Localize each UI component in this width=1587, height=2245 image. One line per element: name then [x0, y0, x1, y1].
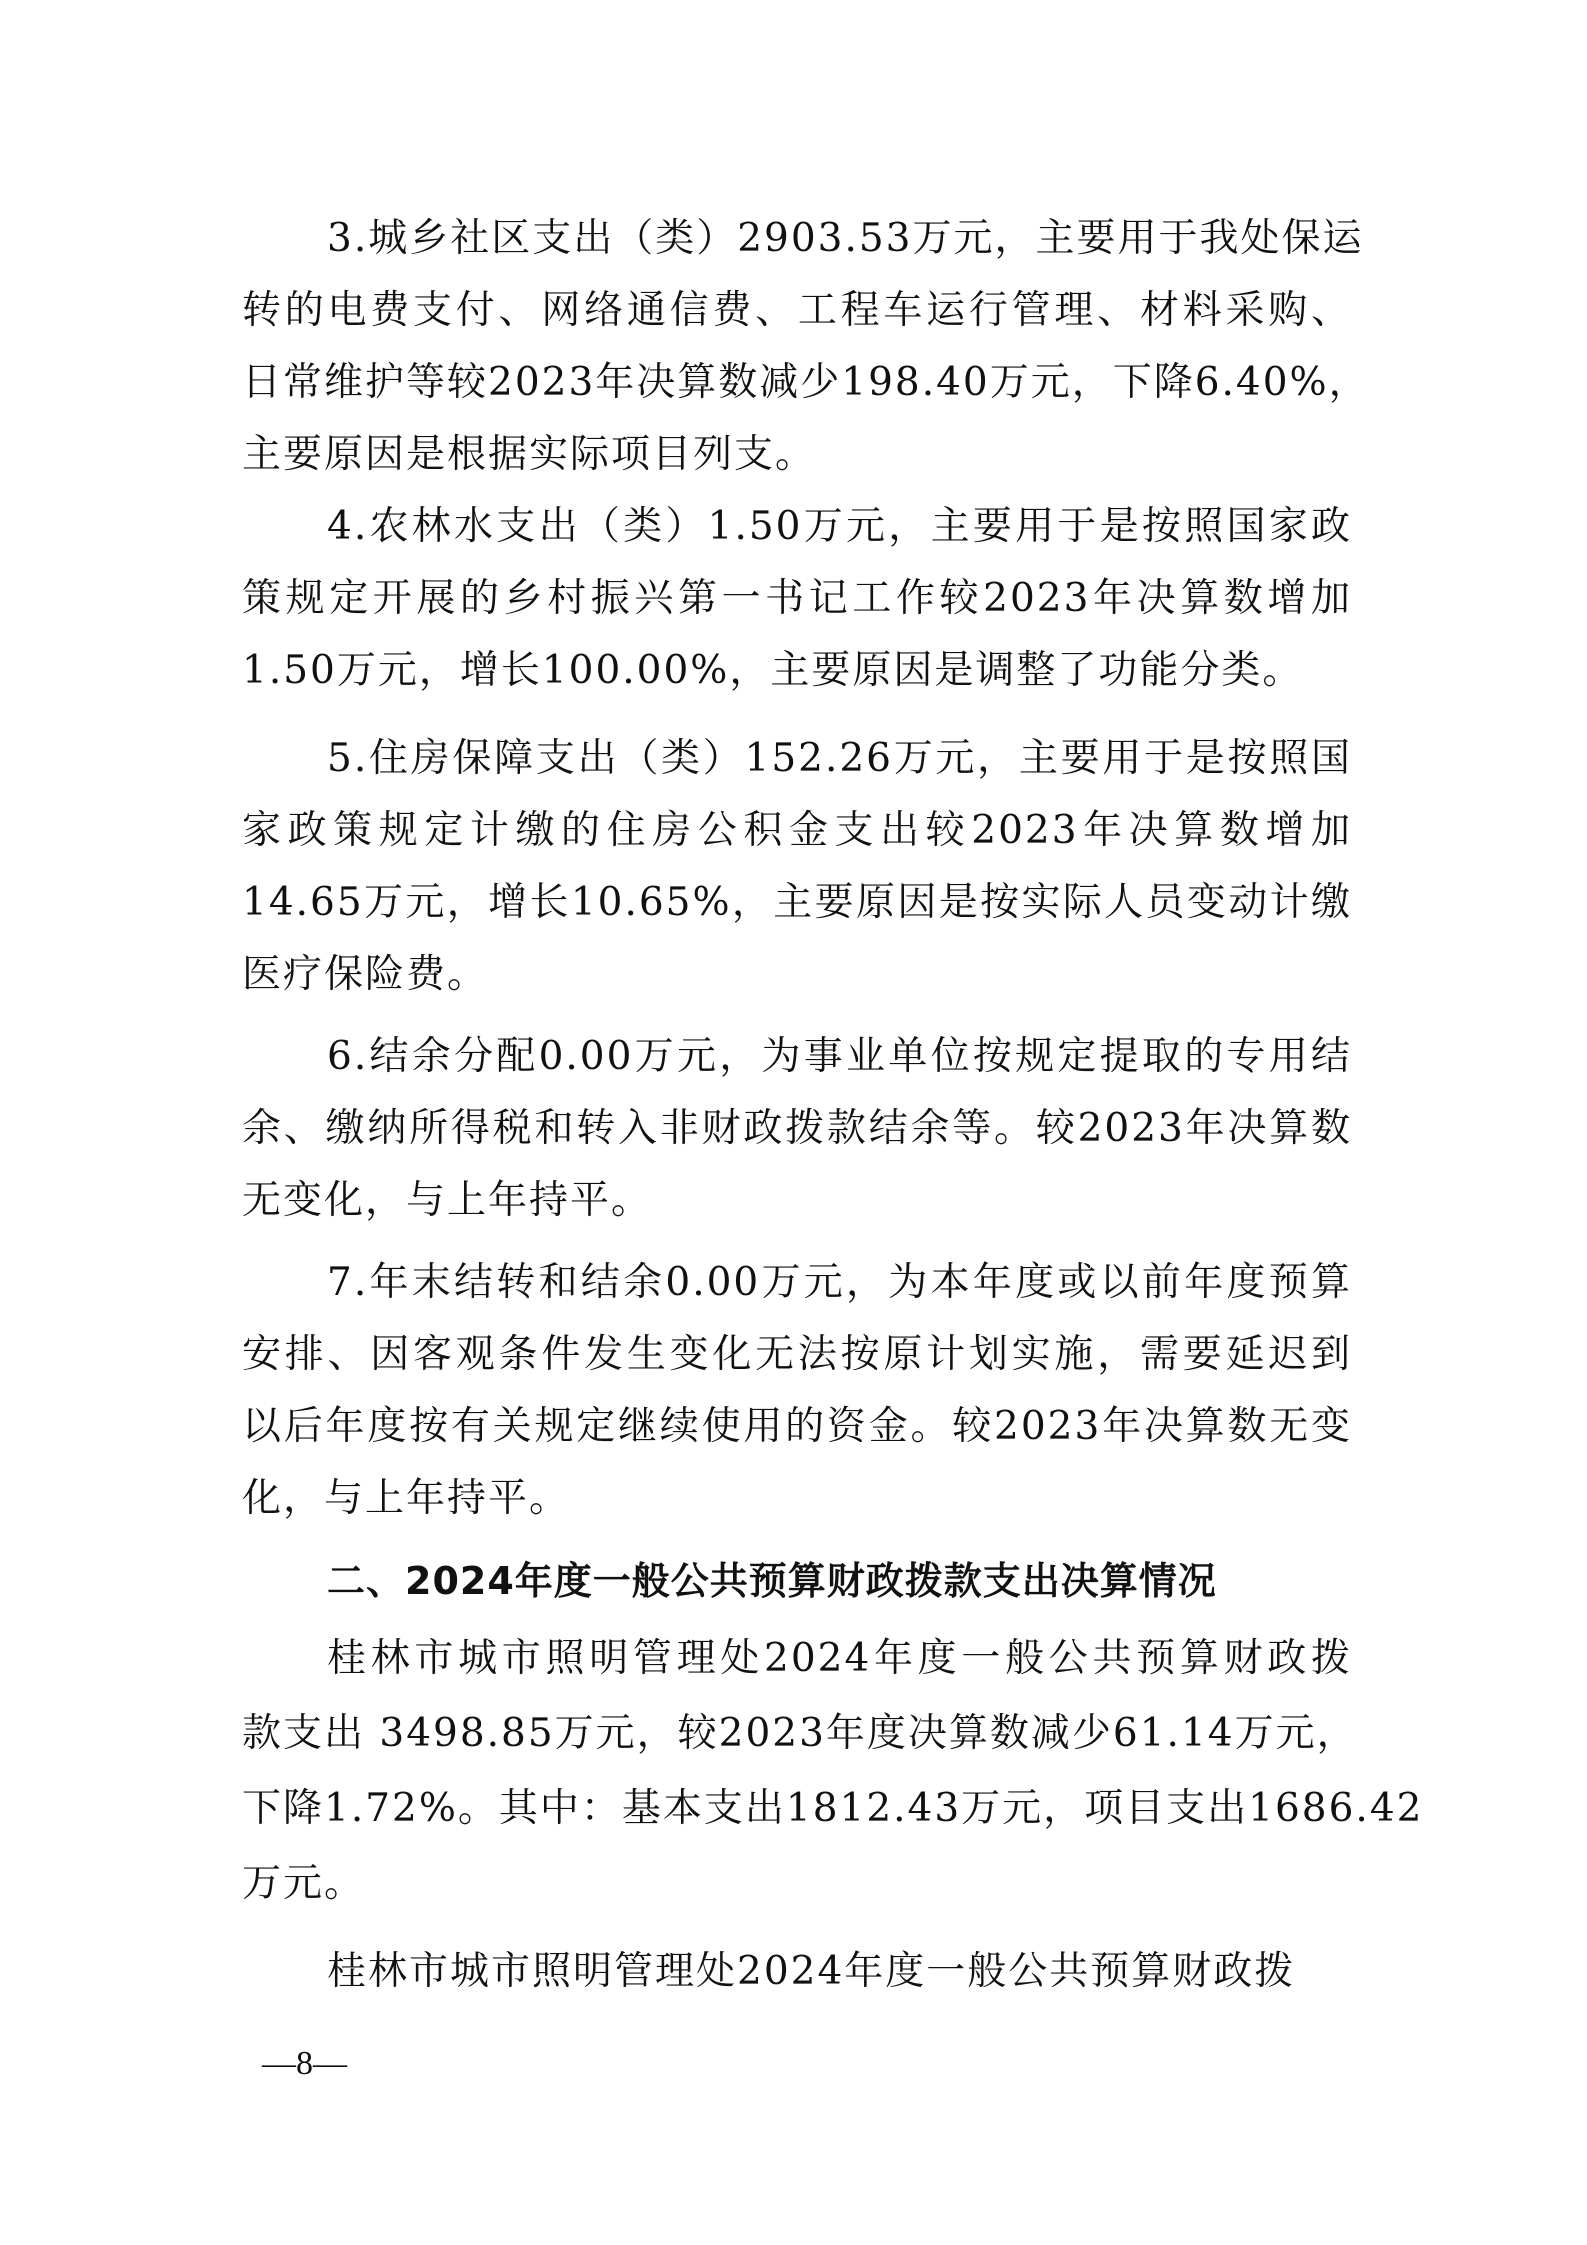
paragraph-line: 下降1.72%。其中：基本支出1812.43万元，项目支出1686.42 [242, 1785, 1352, 1833]
paragraph-line: 化，与上年持平。 [242, 1475, 1352, 1523]
paragraph-line: 安排、因客观条件发生变化无法按原计划实施，需要延迟到 [242, 1331, 1352, 1379]
paragraph-line: 桂林市城市照明管理处2024年度一般公共预算财政拨 [327, 1948, 1352, 1996]
paragraph-line: 医疗保险费。 [242, 951, 1352, 999]
paragraph-line: 桂林市城市照明管理处2024年度一般公共预算财政拨 [327, 1635, 1352, 1683]
paragraph-line: 无变化，与上年持平。 [242, 1177, 1352, 1225]
paragraph-line: 以后年度按有关规定继续使用的资金。较2023年决算数无变 [242, 1403, 1352, 1451]
document-page: 3.城乡社区支出（类）2903.53万元，主要用于我处保运 转的电费支付、网络通… [0, 0, 1587, 2245]
section-heading: 二、2024年度一般公共预算财政拨款支出决算情况 [327, 1557, 1217, 1605]
paragraph-line: 7.年末结转和结余0.00万元，为本年度或以前年度预算 [327, 1259, 1352, 1307]
paragraph-line: 3.城乡社区支出（类）2903.53万元，主要用于我处保运 [327, 215, 1352, 263]
paragraph-line: 余、缴纳所得税和转入非财政拨款结余等。较2023年决算数 [242, 1105, 1352, 1153]
paragraph-line: 万元。 [242, 1860, 1352, 1908]
paragraph-line: 5.住房保障支出（类）152.26万元，主要用于是按照国 [327, 735, 1352, 783]
paragraph-line: 家政策规定计缴的住房公积金支出较2023年决算数增加 [242, 807, 1352, 855]
paragraph-line: 策规定开展的乡村振兴第一书记工作较2023年决算数增加 [242, 575, 1352, 623]
paragraph-line: 日常维护等较2023年决算数减少198.40万元，下降6.40%， [242, 359, 1352, 407]
paragraph-line: 4.农林水支出（类）1.50万元，主要用于是按照国家政 [327, 503, 1352, 551]
page-number: —8— [262, 2044, 347, 2084]
paragraph-line: 6.结余分配0.00万元，为事业单位按规定提取的专用结 [327, 1033, 1352, 1081]
paragraph-line: 款支出 3498.85万元，较2023年度决算数减少61.14万元， [242, 1710, 1352, 1758]
paragraph-line: 1.50万元，增长100.00%，主要原因是调整了功能分类。 [242, 647, 1352, 695]
paragraph-line: 14.65万元，增长10.65%，主要原因是按实际人员变动计缴 [242, 879, 1352, 927]
paragraph-line: 转的电费支付、网络通信费、工程车运行管理、材料采购、 [242, 287, 1352, 335]
paragraph-line: 主要原因是根据实际项目列支。 [242, 431, 1352, 479]
